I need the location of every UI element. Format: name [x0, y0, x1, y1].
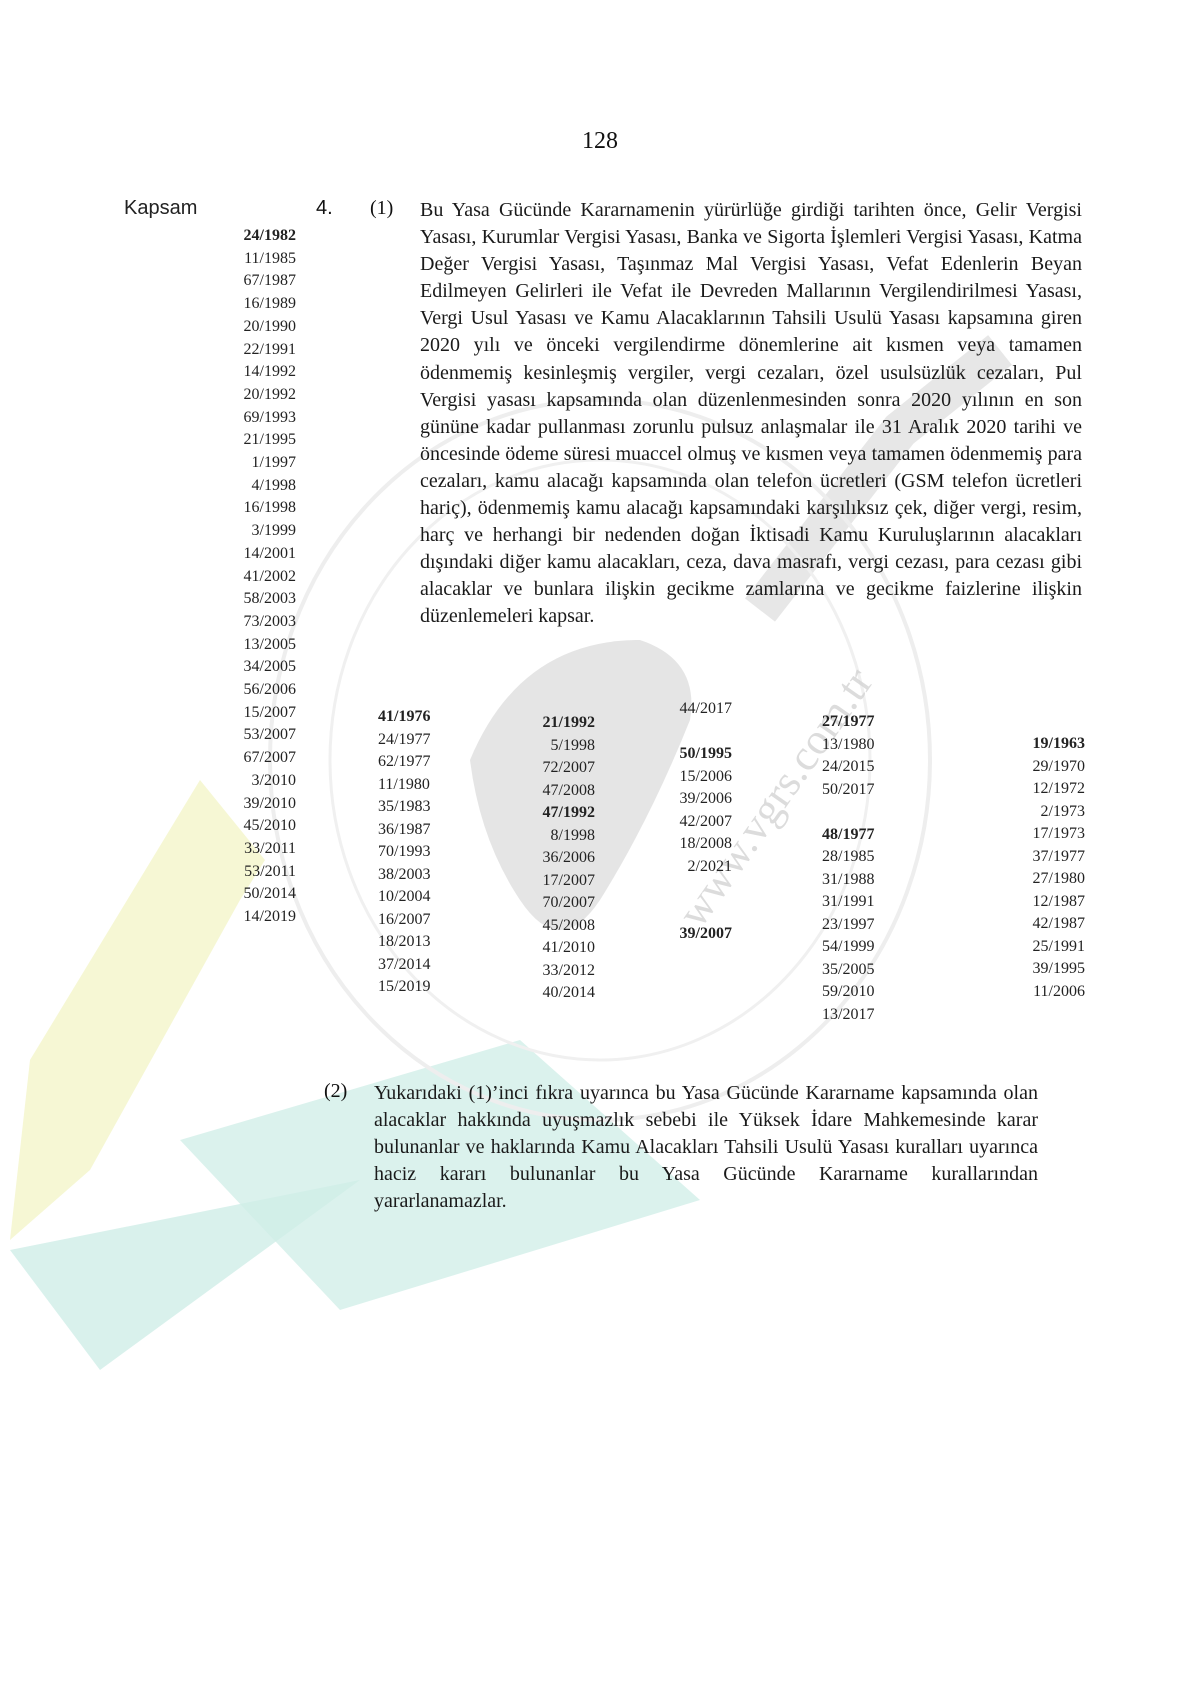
- law-reference: 27/1977: [822, 711, 874, 734]
- law-reference: 28/1985: [822, 846, 874, 869]
- margin-reference: 53/2007: [190, 724, 296, 747]
- law-reference: 36/1987: [378, 819, 430, 842]
- margin-reference: 73/2003: [190, 611, 296, 634]
- law-reference: 47/1992: [500, 802, 595, 825]
- law-reference: 13/1980: [822, 734, 874, 757]
- margin-reference: 67/2007: [190, 747, 296, 770]
- law-reference: 2/1973: [990, 801, 1085, 824]
- margin-reference: 16/1989: [190, 293, 296, 316]
- law-reference: 48/1977: [822, 824, 874, 847]
- law-reference: [640, 721, 732, 744]
- law-reference: 45/2008: [500, 915, 595, 938]
- margin-reference: 13/2005: [190, 634, 296, 657]
- section-number: 4.: [316, 197, 333, 220]
- margin-reference: 34/2005: [190, 656, 296, 679]
- paragraph-1-label: (1): [370, 197, 393, 220]
- law-reference: 12/1972: [990, 778, 1085, 801]
- law-reference: 13/2017: [822, 1004, 874, 1027]
- law-reference: 41/2010: [500, 937, 595, 960]
- law-reference: 12/1987: [990, 891, 1085, 914]
- law-reference: 11/1980: [378, 774, 430, 797]
- law-reference: 44/2017: [640, 698, 732, 721]
- margin-reference: 41/2002: [190, 566, 296, 589]
- margin-reference: 15/2007: [190, 702, 296, 725]
- law-reference: 37/1977: [990, 846, 1085, 869]
- law-reference: 16/2007: [378, 909, 430, 932]
- law-reference: 18/2008: [640, 833, 732, 856]
- ref-column-4: 27/197713/198024/201550/201748/197728/19…: [822, 711, 874, 1026]
- law-reference: 47/2008: [500, 780, 595, 803]
- law-reference: 29/1970: [990, 756, 1085, 779]
- margin-title: Kapsam: [124, 197, 197, 220]
- law-reference: 19/1963: [990, 733, 1085, 756]
- law-reference: 40/2014: [500, 982, 595, 1005]
- ref-column-5: 19/196329/197012/19722/197317/197337/197…: [990, 733, 1085, 1003]
- ref-column-1: 41/197624/197762/197711/198035/198336/19…: [378, 706, 430, 999]
- law-reference: 39/1995: [990, 958, 1085, 981]
- law-reference: 42/2007: [640, 811, 732, 834]
- law-reference: 36/2006: [500, 847, 595, 870]
- law-reference: 2/2021: [640, 856, 732, 879]
- law-reference: 33/2012: [500, 960, 595, 983]
- law-reference: 17/2007: [500, 870, 595, 893]
- law-reference: 25/1991: [990, 936, 1085, 959]
- margin-reference: 16/1998: [190, 497, 296, 520]
- law-reference: 15/2006: [640, 766, 732, 789]
- law-reference: 21/1992: [500, 712, 595, 735]
- law-reference: 42/1987: [990, 913, 1085, 936]
- law-reference: 24/1977: [378, 729, 430, 752]
- law-reference: [640, 878, 732, 901]
- margin-reference: 33/2011: [190, 838, 296, 861]
- law-reference: 39/2006: [640, 788, 732, 811]
- law-reference: 38/2003: [378, 864, 430, 887]
- margin-reference: 24/1982: [190, 225, 296, 248]
- law-reference: 27/1980: [990, 868, 1085, 891]
- margin-reference: 53/2011: [190, 861, 296, 884]
- law-reference: 59/2010: [822, 981, 874, 1004]
- law-reference: [640, 901, 732, 924]
- law-reference: [822, 801, 874, 824]
- margin-reference: 22/1991: [190, 339, 296, 362]
- margin-reference: 50/2014: [190, 883, 296, 906]
- law-reference: 35/2005: [822, 959, 874, 982]
- paragraph-2-label: (2): [324, 1080, 347, 1103]
- watermark-teal-shape-1: [10, 1180, 360, 1370]
- paragraph-1-text: Bu Yasa Gücünde Kararnamenin yürürlüğe g…: [420, 197, 1082, 631]
- margin-reference: 56/2006: [190, 679, 296, 702]
- margin-reference: 3/2010: [190, 770, 296, 793]
- law-reference: 11/2006: [990, 981, 1085, 1004]
- law-reference: 62/1977: [378, 751, 430, 774]
- law-reference: 70/2007: [500, 892, 595, 915]
- margin-reference: 14/2001: [190, 543, 296, 566]
- ref-column-3: 44/201750/199515/200639/200642/200718/20…: [640, 698, 732, 946]
- law-reference: 54/1999: [822, 936, 874, 959]
- margin-reference: 69/1993: [190, 407, 296, 430]
- law-reference: 10/2004: [378, 886, 430, 909]
- law-reference: 8/1998: [500, 825, 595, 848]
- law-reference: 39/2007: [640, 923, 732, 946]
- margin-reference: 11/1985: [190, 248, 296, 271]
- margin-reference: 39/2010: [190, 793, 296, 816]
- law-reference: 50/1995: [640, 743, 732, 766]
- margin-reference: 20/1990: [190, 316, 296, 339]
- law-reference: 17/1973: [990, 823, 1085, 846]
- law-reference: 35/1983: [378, 796, 430, 819]
- margin-reference: 1/1997: [190, 452, 296, 475]
- margin-reference: 58/2003: [190, 588, 296, 611]
- law-reference: 37/2014: [378, 954, 430, 977]
- margin-reference: 3/1999: [190, 520, 296, 543]
- law-reference: 31/1991: [822, 891, 874, 914]
- law-reference: 41/1976: [378, 706, 430, 729]
- margin-reference: 67/1987: [190, 270, 296, 293]
- margin-references: 24/198211/198567/198716/198920/199022/19…: [190, 225, 296, 929]
- law-reference: 24/2015: [822, 756, 874, 779]
- margin-reference: 14/2019: [190, 906, 296, 929]
- law-reference: 70/1993: [378, 841, 430, 864]
- law-reference: 50/2017: [822, 779, 874, 802]
- law-reference: 23/1997: [822, 914, 874, 937]
- ref-column-2: 21/19925/199872/200747/200847/19928/1998…: [500, 712, 595, 1005]
- law-reference: 15/2019: [378, 976, 430, 999]
- page-number: 128: [0, 128, 1200, 155]
- law-reference: 18/2013: [378, 931, 430, 954]
- law-reference: 5/1998: [500, 735, 595, 758]
- paragraph-2-text: Yukarıdaki (1)’inci fıkra uyarınca bu Ya…: [374, 1080, 1038, 1215]
- margin-reference: 14/1992: [190, 361, 296, 384]
- margin-reference: 4/1998: [190, 475, 296, 498]
- margin-reference: 21/1995: [190, 429, 296, 452]
- law-reference: 31/1988: [822, 869, 874, 892]
- law-reference: 72/2007: [500, 757, 595, 780]
- margin-reference: 45/2010: [190, 815, 296, 838]
- margin-reference: 20/1992: [190, 384, 296, 407]
